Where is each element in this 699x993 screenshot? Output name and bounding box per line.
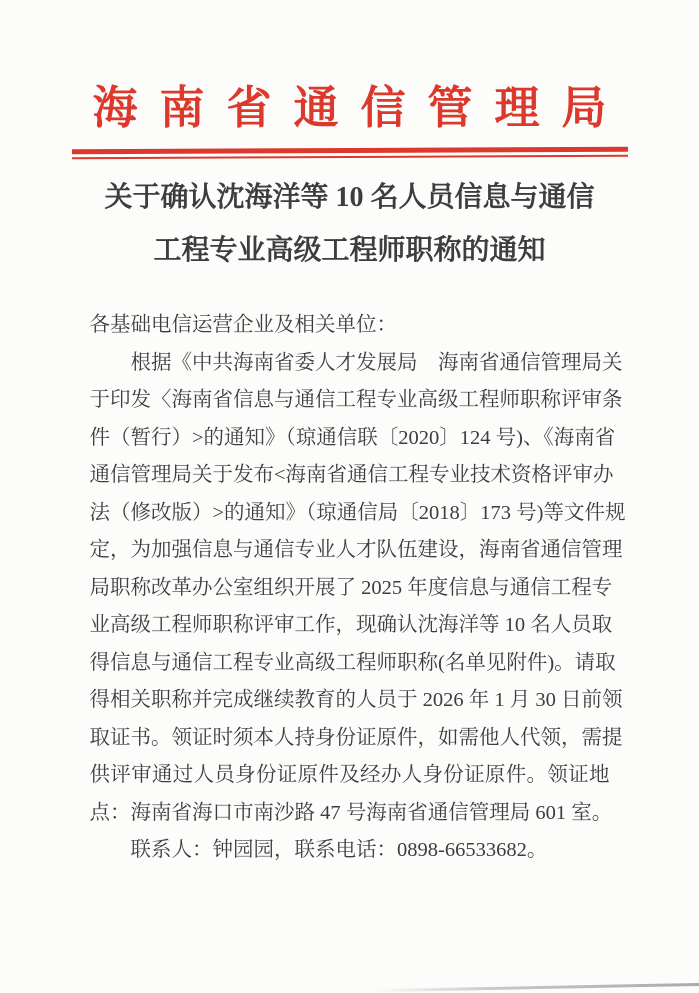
issuing-organization-title: 海南省通信管理局 (0, 86, 699, 131)
contact-info-line: 联系人：钟园园，联系电话：0898-66533682。 (90, 832, 610, 870)
body-line: 供评审通过人员身份证原件及经办人身份证原件。领证地 (90, 757, 610, 795)
scanned-notice-page: 海南省通信管理局 关于确认沈海洋等 10 名人员信息与通信 工程专业高级工程师职… (0, 0, 699, 993)
body-line: 局职称改革办公室组织开展了 2025 年度信息与通信工程专 (90, 570, 610, 608)
salutation-line: 各基础电信运营企业及相关单位： (90, 307, 610, 345)
body-line: 定，为加强信息与通信专业人才队伍建设，海南省通信管理 (90, 532, 610, 570)
body-line: 件（暂行）>的通知》（琼通信联〔2020〕124 号)、《海南省 (90, 420, 610, 458)
body-line: 得相关职称并完成继续教育的人员于 2026 年 1 月 30 日前领 (90, 682, 610, 720)
body-line: 得信息与通信工程专业高级工程师职称(名单见附件)。请取 (90, 645, 610, 683)
document-title-line1: 关于确认沈海洋等 10 名人员信息与通信 (0, 171, 699, 224)
document-body: 各基础电信运营企业及相关单位： 根据《中共海南省委人才发展局 海南省通信管理局关… (90, 307, 610, 870)
body-line: 业高级工程师职称评审工作，现确认沈海洋等 10 名人员取 (90, 607, 610, 645)
document-title-line2: 工程专业高级工程师职称的通知 (0, 224, 699, 277)
document-title: 关于确认沈海洋等 10 名人员信息与通信 工程专业高级工程师职称的通知 (0, 171, 699, 277)
red-double-rule-divider (71, 147, 627, 159)
body-line: 于印发〈海南省信息与通信工程专业高级工程师职称评审条 (90, 382, 610, 420)
body-line: 通信管理局关于发布<海南省通信工程专业技术资格评审办 (90, 457, 610, 495)
body-line: 点：海南省海口市南沙路 47 号海南省通信管理局 601 室。 (90, 795, 610, 833)
body-line: 法（修改版）>的通知》（琼通信局〔2018〕173 号)等文件规 (90, 495, 610, 533)
scan-edge-artifact (375, 983, 699, 992)
body-line: 根据《中共海南省委人才发展局 海南省通信管理局关 (90, 345, 610, 383)
body-line: 取证书。领证时须本人持身份证原件，如需他人代领，需提 (90, 720, 610, 758)
